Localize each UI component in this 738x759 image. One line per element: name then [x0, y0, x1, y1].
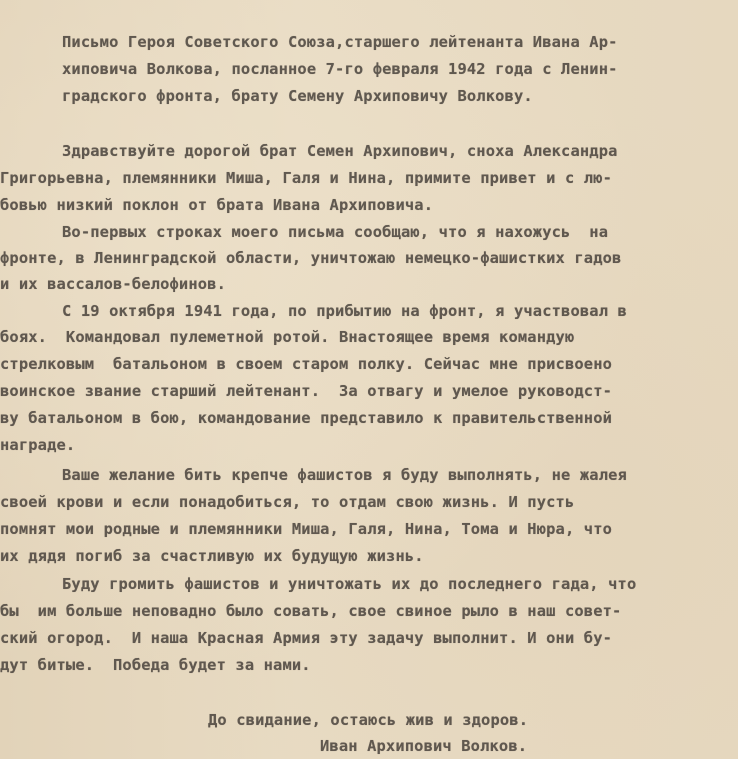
body-line: ский огород. И наша Красная Армия эту за… [0, 629, 612, 647]
body-line: Во-первых строках моего письма сообщаю, … [62, 223, 608, 241]
body-line: С 19 октября 1941 года, по прибытию на ф… [62, 302, 627, 320]
letter-page: Письмо Героя Советского Союза,старшего л… [0, 0, 738, 759]
body-line: стрелковым батальоном в своем старом пол… [0, 355, 612, 373]
title-line: хиповича Волкова, посланное 7-го февраля… [62, 60, 618, 78]
body-line: бы им больше неповадно было совать, свое… [0, 602, 621, 620]
body-line: фронте, в Ленинградской области, уничтож… [0, 249, 621, 267]
closing-line: До свидание, остаюсь жив и здоров. [208, 711, 528, 729]
body-line: бовью низкий поклон от брата Ивана Архип… [0, 196, 433, 214]
signature: Иван Архипович Волков. [320, 737, 527, 755]
body-line: Буду громить фашистов и уничтожать их до… [62, 575, 636, 593]
body-line: Ваше желание бить крепче фашистов я буду… [62, 466, 627, 484]
body-line: Григорьевна, племянники Миша, Галя и Нин… [0, 169, 612, 187]
body-line: награде. [0, 436, 75, 454]
body-line: ву батальоном в бою, командование предст… [0, 409, 612, 427]
title-line: градского фронта, брату Семену Архипович… [62, 87, 533, 105]
body-line: дут битые. Победа будет за нами. [0, 656, 311, 674]
body-line: помнят мои родные и племянники Миша, Гал… [0, 520, 612, 538]
body-line: боях. Командовал пулеметной ротой. Внаст… [0, 328, 574, 346]
body-line: своей крови и если понадобиться, то отда… [0, 493, 574, 511]
body-line: воинское звание старший лейтенант. За от… [0, 382, 612, 400]
body-line: их дядя погиб за счастливую их будущую ж… [0, 547, 424, 565]
body-line: Здравствуйте дорогой брат Семен Архипови… [62, 142, 618, 160]
body-line: и их вассалов-белофинов. [0, 275, 226, 293]
title-line: Письмо Героя Советского Союза,старшего л… [62, 33, 618, 51]
